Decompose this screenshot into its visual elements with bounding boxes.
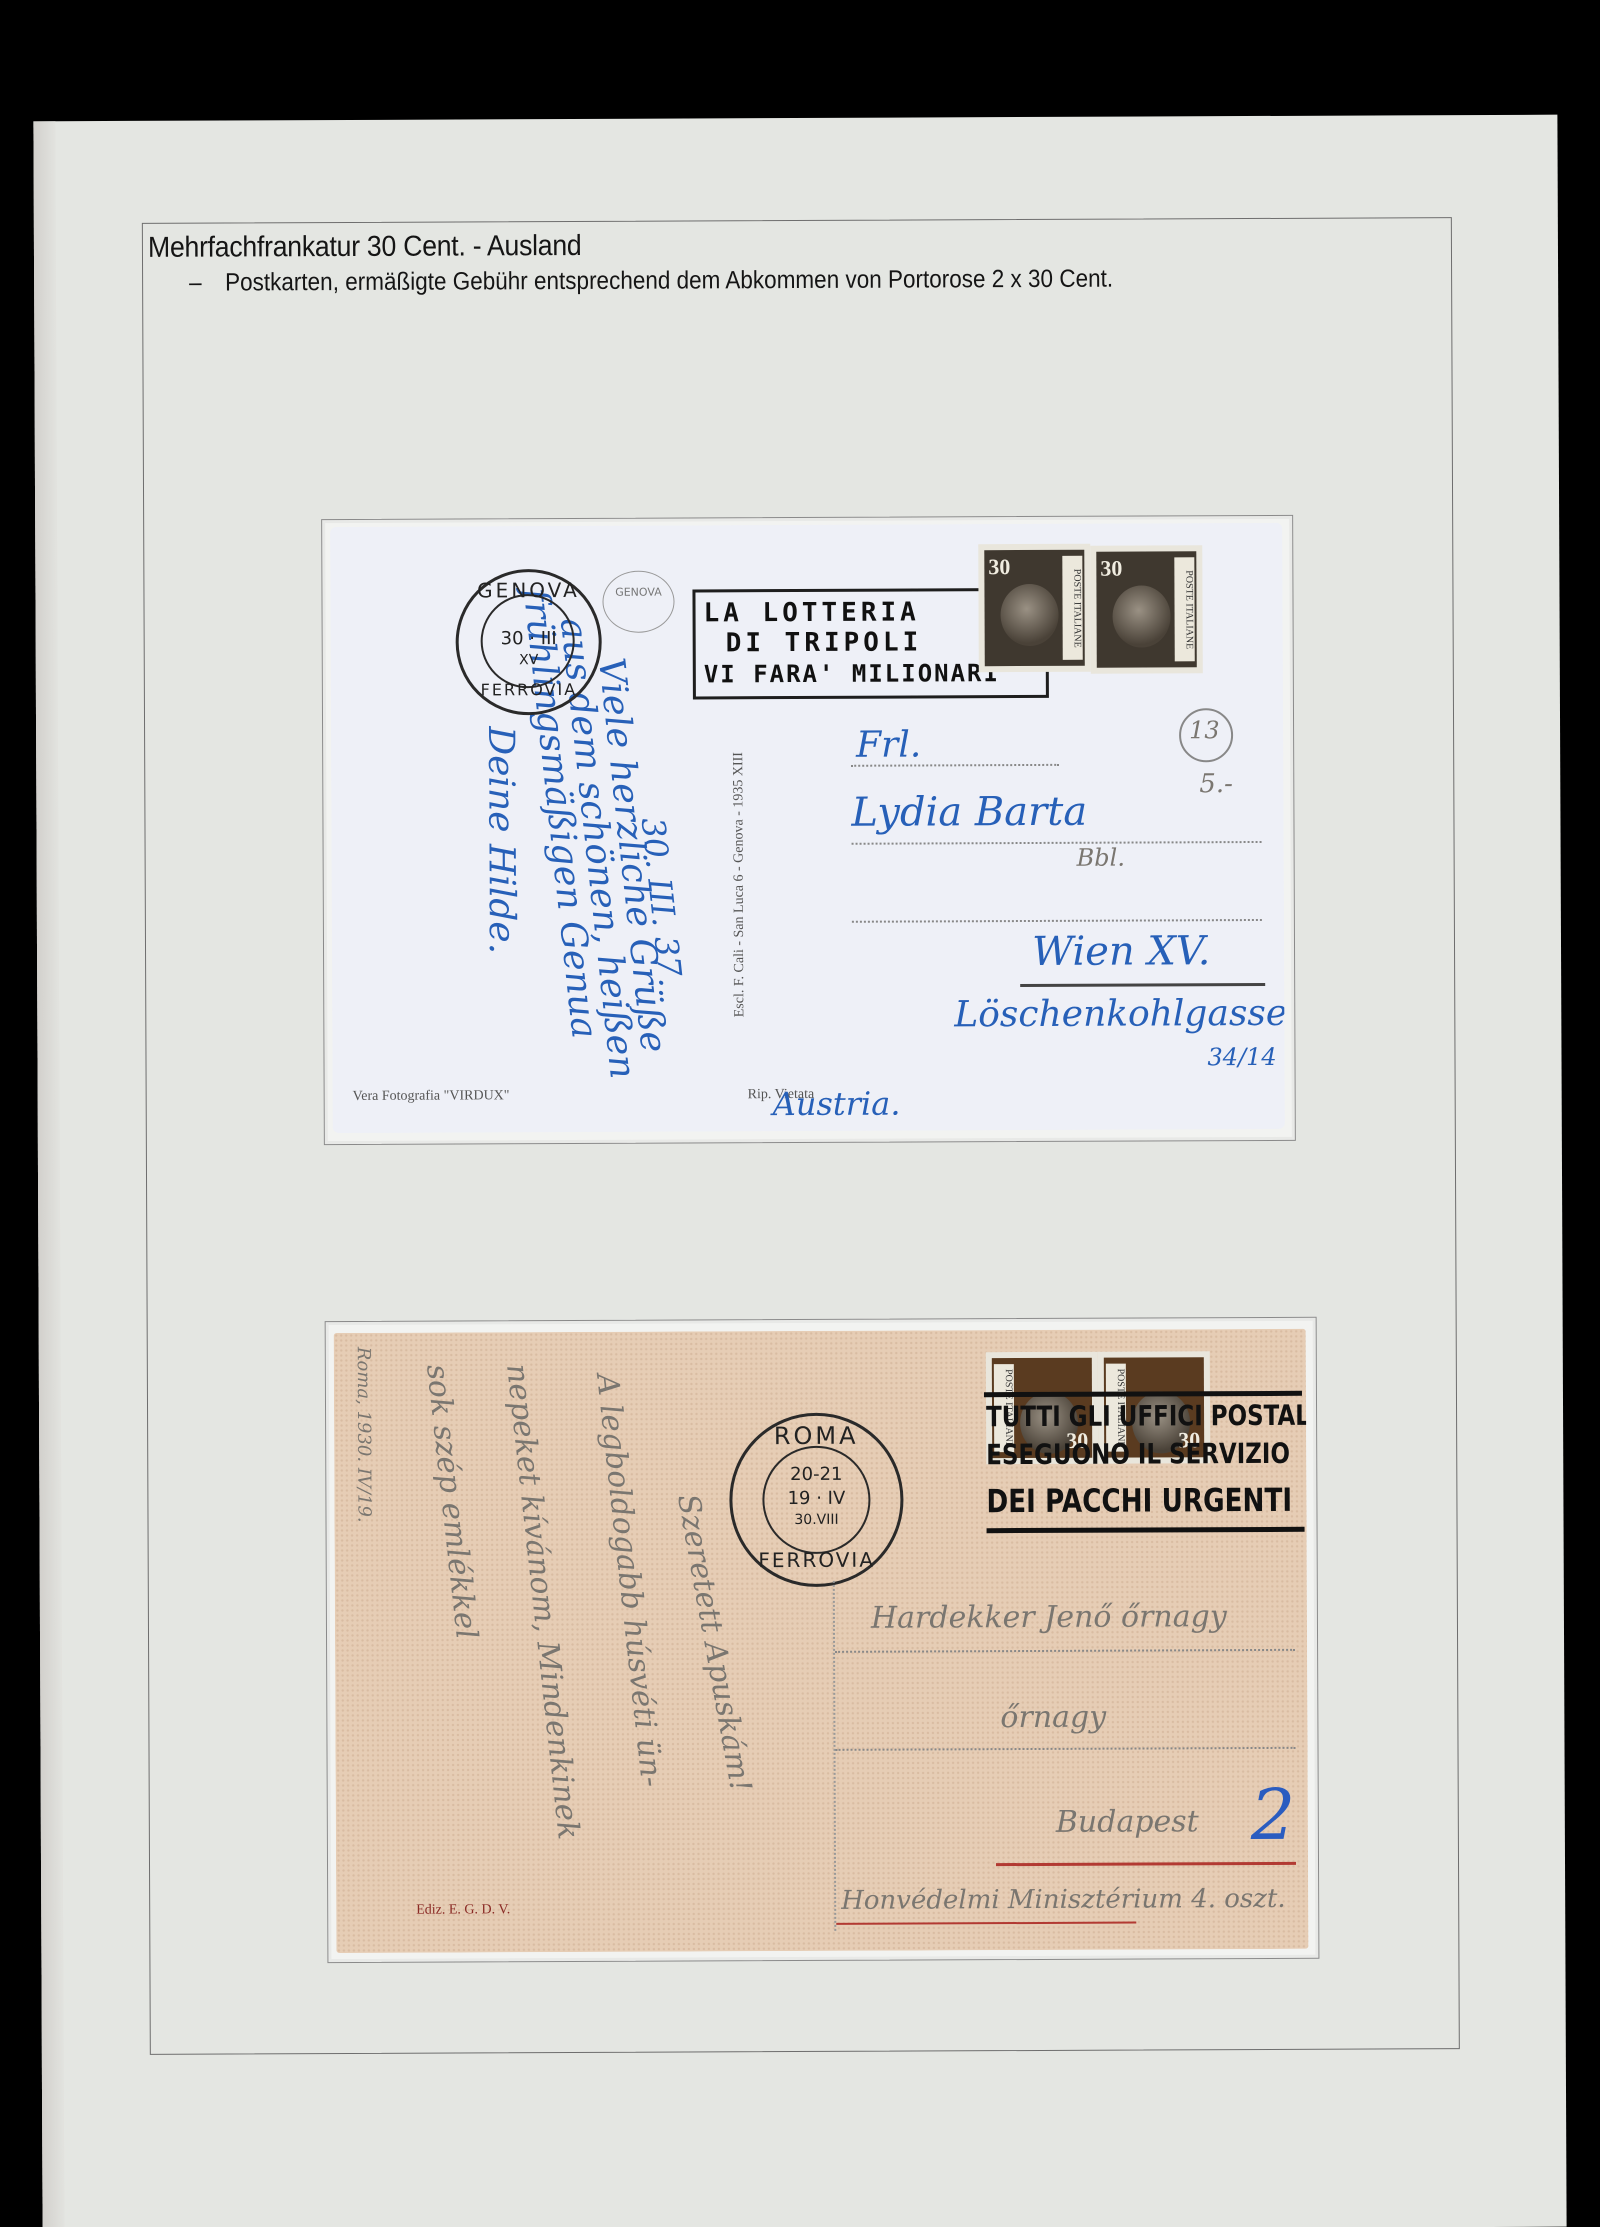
cancel-date: 19 · IV <box>732 1488 900 1510</box>
address-country: Austria. <box>773 1085 901 1124</box>
cancel-office: FERROVIA <box>733 1548 901 1573</box>
cancel-bar <box>984 1391 1302 1397</box>
publisher-imprint: Ediz. E. G. D. V. <box>416 1902 510 1918</box>
address-rule <box>852 919 1262 923</box>
address-line-3: Budapest <box>1056 1804 1199 1840</box>
cancel-year: 30.VIII <box>732 1512 900 1529</box>
postcard-genova[interactable]: Deine Hilde. frühlingsmäßigen Genua aus … <box>330 523 1285 1133</box>
message-line: Deine Hilde. <box>480 726 522 954</box>
message-date: Roma, 1930. IV/19. <box>353 1347 375 1523</box>
address-rule <box>836 1922 1136 1925</box>
portrait-icon <box>1112 585 1170 647</box>
address-line-2: Lydia Barta <box>851 789 1087 836</box>
pencil-note: Bbl. <box>1077 844 1125 872</box>
cancel-date: 30 · III <box>459 628 599 650</box>
page-edge <box>33 121 64 2227</box>
slogan-line-2: DI TRIPOLI <box>726 627 923 658</box>
circled-number: 13 <box>1179 708 1233 762</box>
address-rule <box>852 841 1262 845</box>
pencil-price: 5.- <box>1199 769 1233 799</box>
address-rule <box>1020 983 1265 987</box>
slogan-line-1: LA LOTTERIA <box>703 597 919 628</box>
cancel-bar <box>987 1527 1305 1533</box>
message-line: sok szép emlékkel <box>419 1363 484 1641</box>
circled-number-text: 13 <box>1189 716 1220 744</box>
stamp-inscription: POSTE ITALIANE <box>1062 556 1082 660</box>
address-line-3: Wien XV. <box>1032 928 1211 975</box>
advert-mark-text: GENOVA <box>603 586 673 599</box>
address-blue-mark: 2 <box>1251 1774 1296 1856</box>
album-page: Mehrfachfrankatur 30 Cent. - Ausland –Po… <box>33 115 1566 2227</box>
stamp-inscription: POSTE ITALIANE <box>1174 557 1194 661</box>
bullet-dash: – <box>189 269 225 298</box>
cancel-time: 20-21 <box>732 1464 900 1486</box>
printer-imprint: Escl. F. Cali - San Luca 6 - Genova - 19… <box>731 752 748 1017</box>
roma-cancel: ROMA 20-21 19 · IV 30.VIII FERROVIA <box>729 1413 904 1588</box>
address-rule <box>835 1649 1295 1653</box>
card-divider <box>833 1581 837 1931</box>
postcard-roma[interactable]: Roma, 1930. IV/19. sok szép emlékkel nep… <box>334 1329 1309 1953</box>
slogan-line-1: TUTTI GLI UFFICI POSTALI <box>986 1399 1308 1433</box>
address-house-number: 34/14 <box>1207 1043 1276 1071</box>
cancel-office: FERROVIA <box>459 680 599 700</box>
portrait-icon <box>1000 584 1058 646</box>
slogan-line-3: DEI PACCHI URGENTI <box>986 1481 1292 1520</box>
page-frame: Mehrfachfrankatur 30 Cent. - Ausland –Po… <box>142 217 1460 2055</box>
page-subheading: –Postkarten, ermäßigte Gebühr entspreche… <box>189 265 1113 298</box>
subheading-text: Postkarten, ermäßigte Gebühr entsprechen… <box>225 265 1113 297</box>
slogan-line-2: ESEGUONO IL SERVIZIO <box>986 1437 1290 1471</box>
address-line-1: Frl. <box>856 724 921 765</box>
message-line: A legboldogabb húsvéti ün- <box>589 1372 669 1789</box>
advert-mark: GENOVA <box>602 571 674 633</box>
stamp-value: 30 <box>1100 556 1122 582</box>
address-line-2: őrnagy <box>1000 1700 1106 1735</box>
stamp-30-cent: 30POSTE ITALIANE <box>1090 545 1203 673</box>
red-underline <box>996 1862 1296 1866</box>
stamp-value: 30 <box>988 554 1010 580</box>
cancel-year: XV <box>459 652 599 669</box>
cancel-town: GENOVA <box>458 578 598 603</box>
address-rule <box>851 764 1059 767</box>
address-line-1: Hardekker Jenő őrnagy <box>871 1599 1227 1636</box>
address-rule <box>836 1747 1296 1751</box>
stamp-30-cent: 30POSTE ITALIANE <box>978 544 1091 672</box>
address-line-4: Honvédelmi Minisztérium 4. oszt. <box>841 1884 1286 1916</box>
cancel-town: ROMA <box>732 1422 900 1451</box>
slogan-line-3: VI FARA' MILIONARI <box>704 659 1000 688</box>
photo-credit: Vera Fotografia "VIRDUX" <box>353 1088 510 1105</box>
address-line-4: Löschenkohlgasse <box>954 993 1285 1035</box>
message-line: nepeket kívánom, Mindenkinek <box>499 1362 586 1841</box>
page-heading: Mehrfachfrankatur 30 Cent. - Ausland <box>148 230 582 265</box>
genova-cancel: GENOVA 30 · III XV FERROVIA <box>455 569 602 716</box>
